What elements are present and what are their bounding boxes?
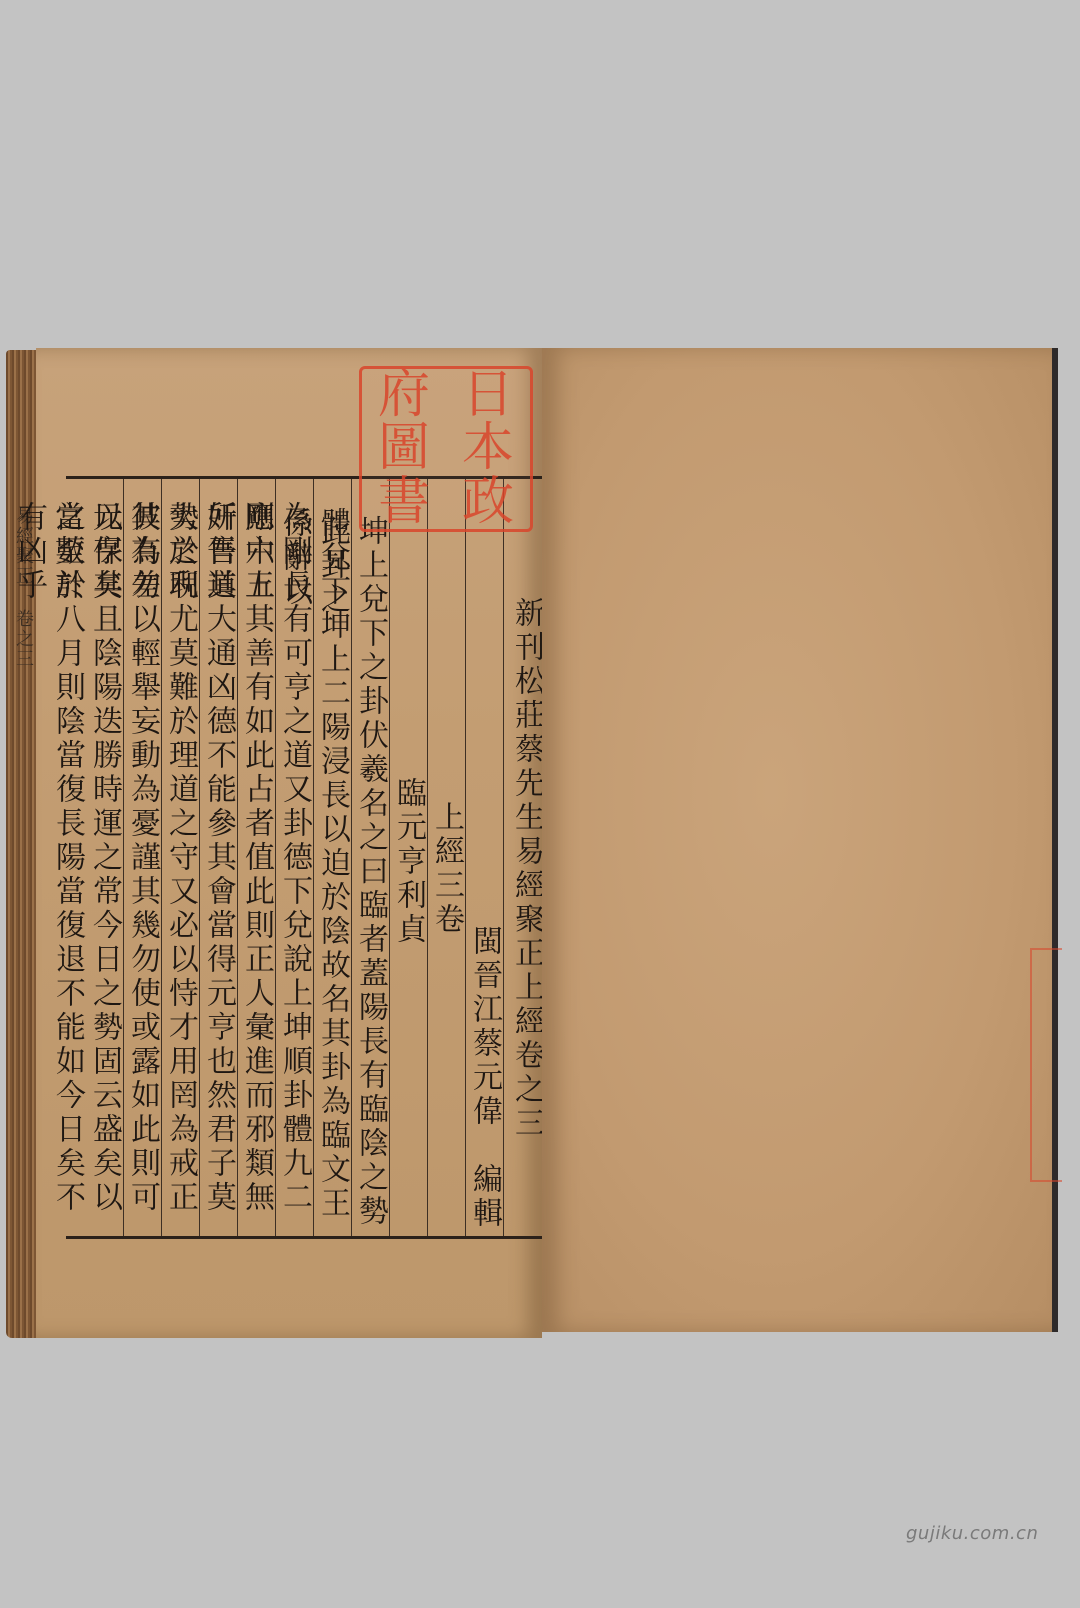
text-column: 奸吾道大通凶德不能參其會當得元亨也然君子莫大於聣 [200,479,238,1236]
text-column: 應六五其善有如此占者值此則正人彙進而邪類無所售其 [238,479,276,1236]
text-column: 之至於八月則陰當復長陽當復退不能如今日矣不有凶乎 [66,479,86,1236]
library-seal: 日 本 政 府 圖 書 [359,366,533,532]
open-book: 易經聚正 卷之三 新刊松莊蔡先生易經聚正上經卷之三 閩晉江蔡元偉 編輯 上經三卷… [6,348,1052,1344]
text-column: 勢之利尤莫難於理道之守又必以恃才用罔為戒正其為勿 [162,479,200,1236]
right-page-blank [542,348,1058,1332]
text-column: 坤上兌下之卦伏羲名之曰臨者蓋陽長有臨陰之勢此卦之 [352,479,390,1236]
seal-char: 圖 [378,422,430,475]
section-column: 上經三卷 [428,479,466,1236]
seal-char: 書 [378,476,430,529]
text-column: 彼有差以輕舉妄動為憂謹其幾勿使或露如此則可以保其 [124,479,162,1236]
seal-char: 日 [462,369,514,422]
site-watermark: gujiku.com.cn [906,1523,1038,1544]
text-frame: 新刊松莊蔡先生易經聚正上經卷之三 閩晉江蔡元偉 編輯 上經三卷 臨元亨利貞 坤上… [66,476,546,1239]
title-column: 新刊松莊蔡先生易經聚正上經卷之三 [504,479,546,1236]
text-column: 體兌下坤上二陽浸長以迫於陰故名其卦為臨文王係辭以 [314,479,352,1236]
seal-char: 府 [378,369,430,422]
compiler-column: 閩晉江蔡元偉 編輯 [466,479,504,1236]
hexagram-column: 臨元亨利貞 [390,479,428,1236]
text-column: 元亨矣且陰陽迭勝時運之常今日之勢固云盛矣以當數計 [86,479,124,1236]
text-column: 為剛長有可亨之道又卦德下兌說上坤順卦體九二剛中上 [276,479,314,1236]
seal-char: 本 [462,422,514,475]
left-page: 易經聚正 卷之三 新刊松莊蔡先生易經聚正上經卷之三 閩晉江蔡元偉 編輯 上經三卷… [36,348,542,1338]
seal-char: 政 [462,476,514,529]
faint-seal-bleedthrough [1030,948,1062,1182]
